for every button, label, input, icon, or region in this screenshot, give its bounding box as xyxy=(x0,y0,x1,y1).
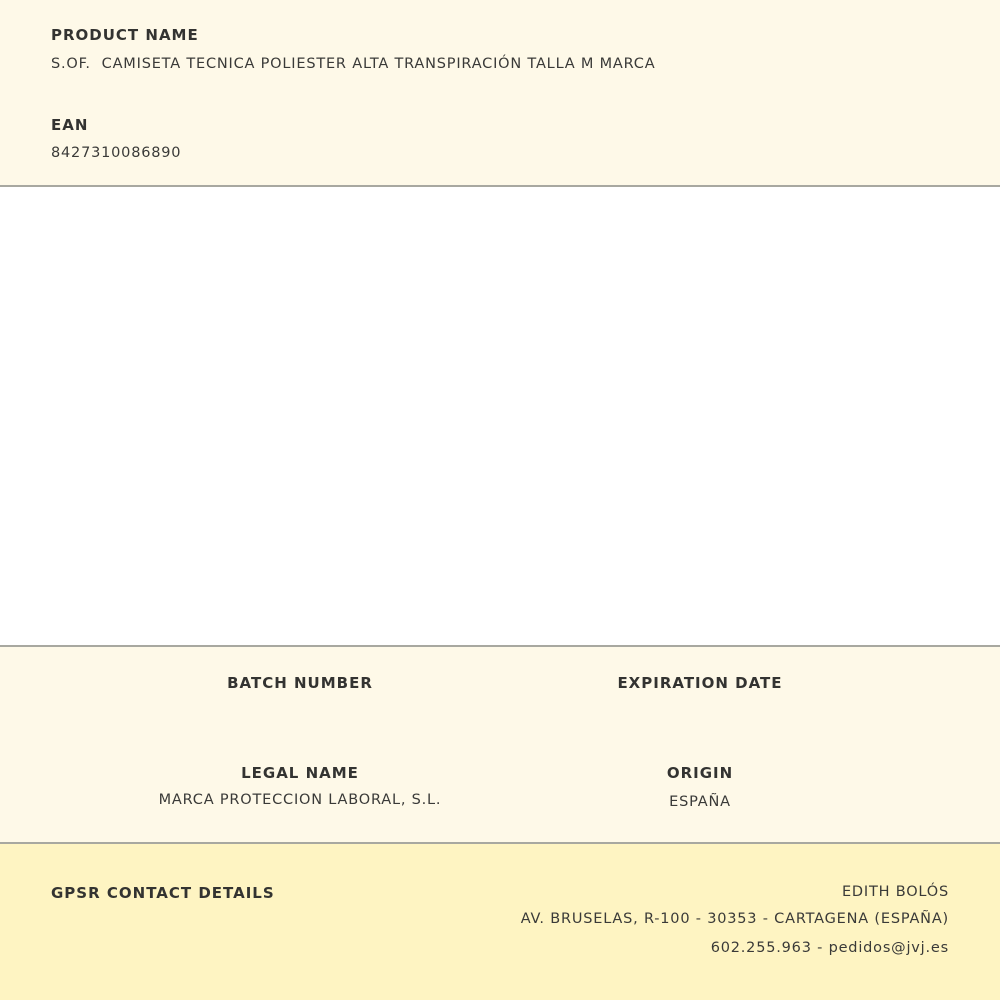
legal-name-label: LEGAL NAME xyxy=(100,764,500,782)
product-info-section: PRODUCT NAME S.OF. CAMISETA TECNICA POLI… xyxy=(0,0,1000,187)
batch-number-label: BATCH NUMBER xyxy=(100,674,500,692)
blank-area xyxy=(0,187,1000,647)
product-name-value: S.OF. CAMISETA TECNICA POLIESTER ALTA TR… xyxy=(51,56,655,72)
expiration-date-label: EXPIRATION DATE xyxy=(500,674,900,692)
ean-value: 8427310086890 xyxy=(51,145,181,161)
product-name-label: PRODUCT NAME xyxy=(51,26,199,44)
ean-label: EAN xyxy=(51,116,88,134)
product-label-page: PRODUCT NAME S.OF. CAMISETA TECNICA POLI… xyxy=(0,0,1000,1000)
gpsr-contact-label: GPSR CONTACT DETAILS xyxy=(51,884,275,902)
contact-name: EDITH BOLÓS xyxy=(842,884,949,900)
origin-label: ORIGIN xyxy=(500,764,900,782)
contact-address: AV. BRUSELAS, R-100 - 30353 - CARTAGENA … xyxy=(521,911,949,927)
product-meta-section: BATCH NUMBER EXPIRATION DATE LEGAL NAME … xyxy=(0,647,1000,844)
contact-phone-email: 602.255.963 - pedidos@jvj.es xyxy=(711,940,949,956)
legal-name-value: MARCA PROTECCION LABORAL, S.L. xyxy=(100,792,500,808)
origin-value: ESPAÑA xyxy=(500,794,900,810)
gpsr-contact-section: GPSR CONTACT DETAILS EDITH BOLÓS AV. BRU… xyxy=(0,844,1000,1000)
